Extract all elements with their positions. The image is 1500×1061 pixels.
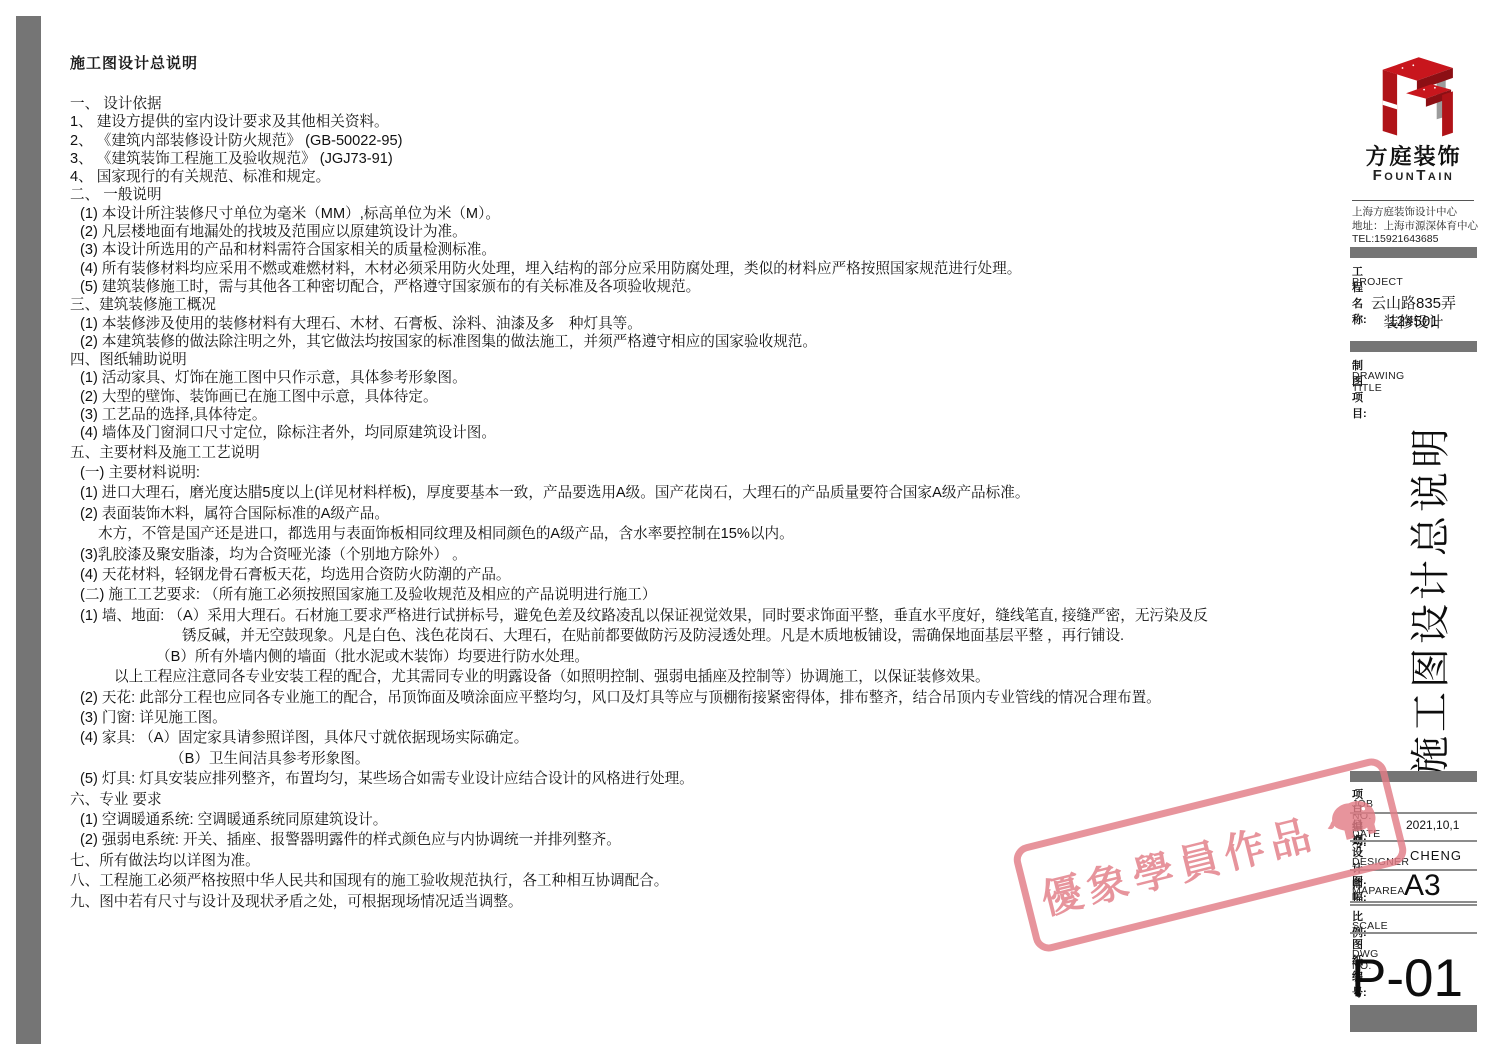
note-line: 锈反碱，并无空鼓现象。凡是白色、浅色花岗石、大理石，在贴前都要做防污及防浸透处理… (70, 626, 1355, 646)
note-line: (2) 大型的壁饰、装饰画已在施工图中示意，具体待定。 (70, 388, 1355, 406)
section-bar (1350, 1005, 1477, 1032)
sidebar-divider (1352, 200, 1474, 201)
page-title: 施工图设计总说明 (70, 52, 1355, 73)
elephant-icon (1319, 793, 1383, 847)
note-line: 三、建筑装修施工概况 (70, 296, 1355, 314)
note-line: (3)乳胶漆及聚安脂漆，均为合资哑光漆（个别地方除外） 。 (70, 545, 1355, 565)
project-name-line2: 装修设计 (1348, 311, 1479, 332)
titleblock-rule (1350, 901, 1477, 903)
note-line: (1) 本设计所注装修尺寸单位为毫米（MM）,标高单位为米（M）。 (70, 205, 1355, 223)
project-label-en: PROJECT (1352, 276, 1403, 288)
note-line: (4) 天花材料，轻钢龙骨石膏板天花，均选用合资防火防潮的产品。 (70, 565, 1355, 585)
note-line: (3) 门窗: 详见施工图。 (70, 708, 1355, 728)
note-line: (1) 本装修涉及使用的装修材料有大理石、木材、石膏板、涂料、油漆及多 种灯具等… (70, 315, 1355, 333)
note-line: 一、 设计依据 (70, 95, 1355, 113)
section-bar (1350, 247, 1477, 258)
company-address: 地址：上海市源深体育中心 (1352, 220, 1479, 234)
brand-name-en: FounTain (1348, 167, 1479, 184)
note-line: (二) 施工工艺要求: （所有施工必须按照国家施工及验收规范及相应的产品说明进行… (70, 585, 1355, 605)
drawing-title-label-en: DRAWING TITLE (1352, 370, 1404, 394)
scale-label-en: SCALE (1352, 920, 1388, 932)
note-line: (2) 表面装饰木料，属符合国际标准的A级产品。 (70, 504, 1355, 524)
note-line: 六、专业 要求 (70, 790, 1355, 810)
note-line: (5) 灯具: 灯具安装应排列整齐，布置均匀，某些场合如需专业设计应结合设计的风… (70, 769, 1355, 789)
note-line: (1) 墙、地面: （A）采用大理石。石材施工要求严格进行试拼标号，避免色差及纹… (70, 606, 1355, 626)
note-line: 四、图纸辅助说明 (70, 351, 1355, 369)
note-line: (一) 主要材料说明: (70, 463, 1355, 483)
note-line: (2) 天花: 此部分工程也应同各专业施工的配合，吊顶饰面及喷涂面应平整均匀，风… (70, 688, 1355, 708)
note-line: 二、 一般说明 (70, 186, 1355, 204)
company-info: 上海方庭装饰设计中心 地址：上海市源深体育中心 TEL:15921643685 (1352, 206, 1479, 247)
company-name: 上海方庭装饰设计中心 (1352, 206, 1479, 220)
fountain-logo-icon (1366, 50, 1466, 140)
designer-value: CHENG (1410, 848, 1462, 863)
note-line: (4) 墙体及门窗洞口尺寸定位，除标注者外，均同原建筑设计图。 (70, 424, 1355, 442)
note-line: 4、 国家现行的有关规范、标准和规定。 (70, 168, 1355, 186)
note-line: 2、 《建筑内部装修设计防火规范》 (GB-50022-95) (70, 132, 1355, 150)
note-line: 以上工程应注意同各专业安装工程的配合，尤其需同专业的明露设备（如照明控制、强弱电… (70, 667, 1355, 687)
note-line: 五、主要材料及施工工艺说明 (70, 443, 1355, 463)
note-line: (2) 本建筑装修的做法除注明之外，其它做法均按国家的标准图集的做法施工，并须严… (70, 333, 1355, 351)
notes-lines: 一、 设计依据1、 建设方提供的室内设计要求及其他相关资料。2、 《建筑内部装修… (70, 95, 1355, 912)
note-line: （B）卫生间洁具参考形象图。 (70, 749, 1355, 769)
company-tel: TEL:15921643685 (1352, 233, 1479, 247)
dwg-no-value: P-01 (1351, 948, 1477, 1009)
maparea-label-en: MAPAREA (1352, 885, 1405, 897)
notes-body: 施工图设计总说明 一、 设计依据1、 建设方提供的室内设计要求及其他相关资料。2… (70, 52, 1355, 912)
section-bar (1350, 341, 1477, 352)
note-line: 3、 《建筑装饰工程施工及验收规范》 (JGJ73-91) (70, 150, 1355, 168)
titleblock-rule (1350, 904, 1477, 906)
note-line: (1) 进口大理石，磨光度达腊5度以上(详见材料样板)，厚度要基本一致，产品要选… (70, 483, 1355, 503)
note-line: (4) 所有装修材料均应采用不燃或难燃材料，木材必须采用防火处理，埋入结构的部分… (70, 260, 1355, 278)
maparea-value: A3 (1404, 869, 1441, 903)
note-line: (3) 工艺品的选择,具体待定。 (70, 406, 1355, 424)
left-margin-strip (16, 16, 41, 1044)
note-line: （B）所有外墙内侧的墙面（批水泥或木装饰）均要进行防水处理。 (70, 647, 1355, 667)
titleblock-rule (1350, 932, 1477, 934)
date-value: 2021,10,1 (1406, 818, 1459, 832)
note-line: 木方，不管是国产还是进口，都选用与表面饰板相同纹理及相同颜色的A级产品，含水率要… (70, 524, 1355, 544)
drawing-sheet: { "colors": { "accent_red": "#c8161d", "… (0, 0, 1500, 1061)
note-line: (2) 凡层楼地面有地漏处的找坡及范围应以原建筑设计为准。 (70, 223, 1355, 241)
vertical-drawing-title: 施工图设计总说明 (1399, 415, 1445, 785)
note-line: 1、 建设方提供的室内设计要求及其他相关资料。 (70, 113, 1355, 131)
note-line: (5) 建筑装修施工时，需与其他各工种密切配合，严格遵守国家颁布的有关标准及各项… (70, 278, 1355, 296)
note-line: (3) 本设计所选用的产品和材料需符合国家相关的质量检测标准。 (70, 241, 1355, 259)
note-line: (1) 活动家具、灯饰在施工图中只作示意，具体参考形象图。 (70, 369, 1355, 387)
note-line: (4) 家具: （A）固定家具请参照详图，具体尺寸就依据现场实际确定。 (70, 728, 1355, 748)
